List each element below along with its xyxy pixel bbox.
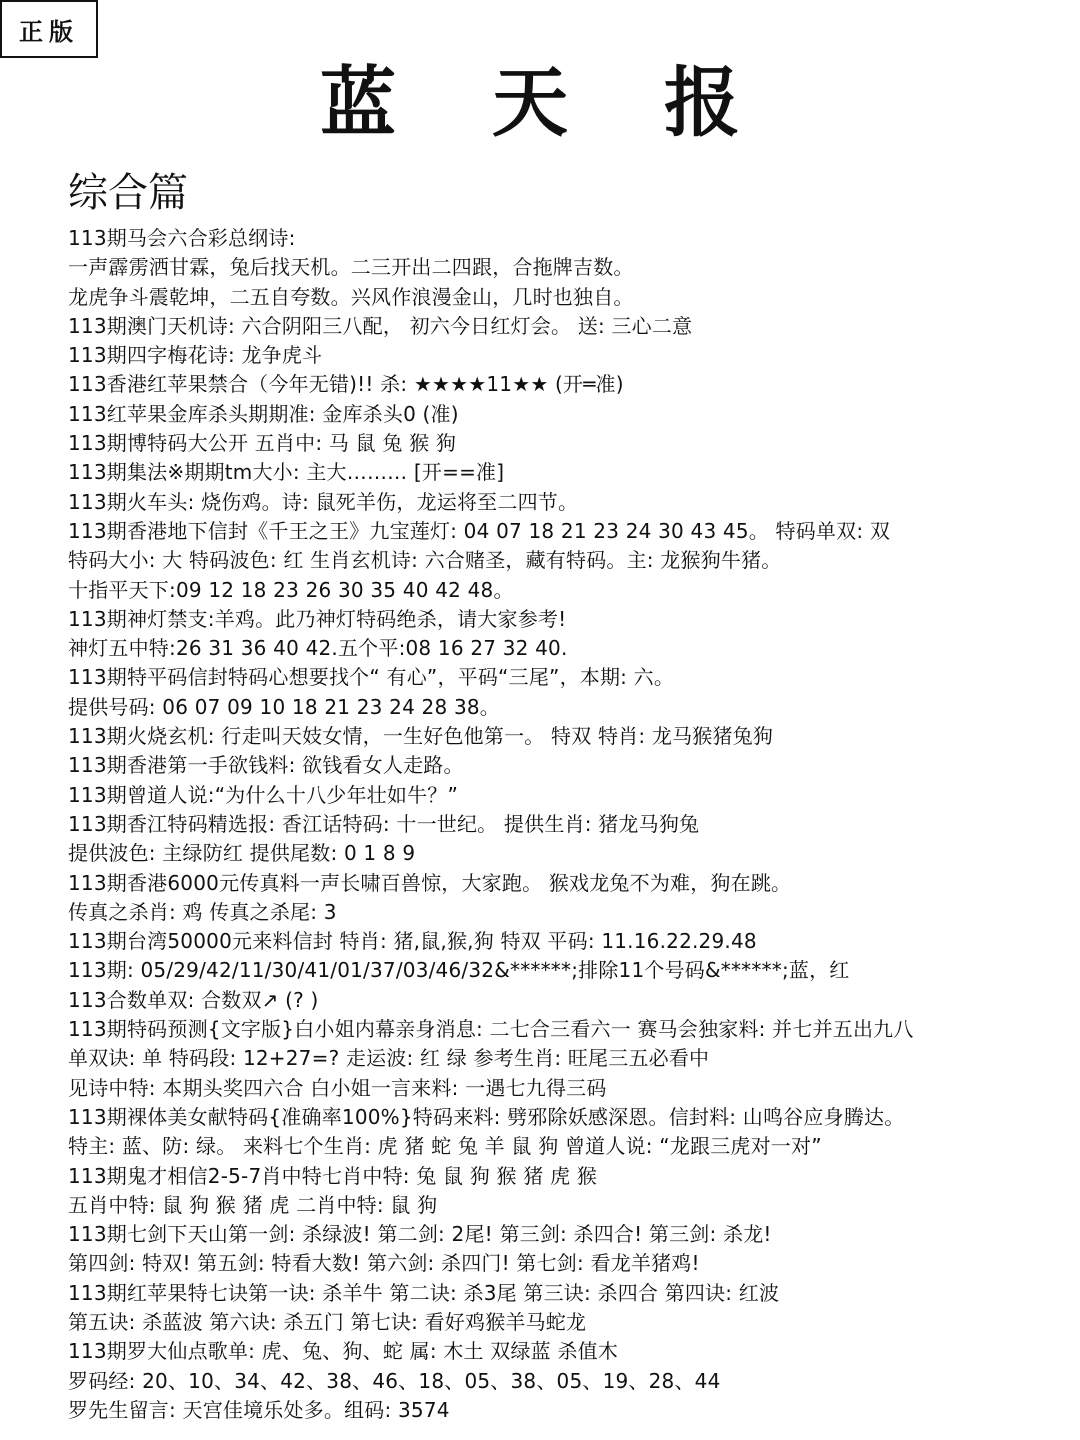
text-line: 113期台湾50000元来料信封 特肖: 猪,鼠,猴,狗 特双 平码: 11.1… bbox=[68, 927, 1068, 956]
text-line: 113期红苹果特七诀第一诀: 杀羊牛 第二诀: 杀3尾 第三诀: 杀四合 第四诀… bbox=[68, 1279, 1068, 1308]
text-line: 特码大小: 大 特码波色: 红 生肖玄机诗: 六合赌圣，藏有特码。主: 龙猴狗牛… bbox=[68, 546, 1068, 575]
section-title: 综合篇 bbox=[68, 168, 188, 218]
text-line: 113期四字梅花诗: 龙争虎斗 bbox=[68, 341, 1068, 370]
text-line: 113期博特码大公开 五肖中: 马 鼠 兔 猴 狗 bbox=[68, 429, 1068, 458]
text-line: 龙虎争斗震乾坤，二五自夸数。兴风作浪漫金山，几时也独自。 bbox=[68, 283, 1068, 312]
text-line: 第五诀: 杀蓝波 第六诀: 杀五门 第七诀: 看好鸡猴羊马蛇龙 bbox=[68, 1308, 1068, 1337]
text-line: 113期马会六合彩总纲诗: bbox=[68, 224, 1068, 253]
text-line: 提供波色: 主绿防红 提供尾数: 0 1 8 9 bbox=[68, 839, 1068, 868]
text-line: 113期曾道人说:“为什么十八少年壮如牛？” bbox=[68, 781, 1068, 810]
text-line: 113期: 05/29/42/11/30/41/01/37/03/46/32&*… bbox=[68, 956, 1068, 985]
text-line: 特主: 蓝、防: 绿。 来料七个生肖: 虎 猪 蛇 兔 羊 鼠 狗 曾道人说: … bbox=[68, 1132, 1068, 1161]
genuine-edition-badge: 正版 bbox=[0, 0, 98, 58]
text-line: 113期特平码信封特码心想要找个“ 有心”，平码“三尾”，本期: 六。 bbox=[68, 663, 1068, 692]
article-body: 113期马会六合彩总纲诗:一声霹雳洒甘霖，兔后找天机。二三开出二四跟，合拖牌吉数… bbox=[68, 224, 1068, 1425]
text-line: 113期特码预测{文字版}白小姐内幕亲身消息: 二七合三看六一 赛马会独家料: … bbox=[68, 1015, 1068, 1044]
text-line: 113期火烧玄机: 行走叫天妓女情，一生好色他第一。 特双 特肖: 龙马猴猪兔狗 bbox=[68, 722, 1068, 751]
text-line: 传真之杀肖: 鸡 传真之杀尾: 3 bbox=[68, 898, 1068, 927]
text-line: 113期火车头: 烧伤鸡。诗: 鼠死羊伤，龙运将至二四节。 bbox=[68, 488, 1068, 517]
text-line: 113期香港第一手欲钱料: 欲钱看女人走路。 bbox=[68, 751, 1068, 780]
text-line: 113期集法※期期tm大小: 主大……… [开==准] bbox=[68, 458, 1068, 487]
text-line: 罗先生留言: 天宫佳境乐处多。组码: 3574 bbox=[68, 1396, 1068, 1425]
masthead-char: 蓝 bbox=[320, 58, 396, 148]
text-line: 113期澳门天机诗: 六合阴阳三八配， 初六今日红灯会。 送: 三心二意 bbox=[68, 312, 1068, 341]
text-line: 113期七剑下天山第一剑: 杀绿波! 第二剑: 2尾! 第三剑: 杀四合! 第三… bbox=[68, 1220, 1068, 1249]
text-line: 单双诀: 单 特码段: 12+27=? 走运波: 红 绿 参考生肖: 旺尾三五必… bbox=[68, 1044, 1068, 1073]
text-line: 第四剑: 特双! 第五剑: 特看大数! 第六剑: 杀四门! 第七剑: 看龙羊猪鸡… bbox=[68, 1249, 1068, 1278]
text-line: 113合数单双: 合数双↗ (? ) bbox=[68, 986, 1068, 1015]
text-line: 提供号码: 06 07 09 10 18 21 23 24 28 38。 bbox=[68, 693, 1068, 722]
text-line: 一声霹雳洒甘霖，兔后找天机。二三开出二四跟，合拖牌吉数。 bbox=[68, 253, 1068, 282]
text-line: 113期罗大仙点歌单: 虎、兔、狗、蛇 属: 木土 双绿蓝 杀值木 bbox=[68, 1337, 1068, 1366]
text-line: 113期香江特码精选报: 香江话特码: 十一世纪。 提供生肖: 猪龙马狗兔 bbox=[68, 810, 1068, 839]
text-line: 113期神灯禁支:羊鸡。此乃神灯特码绝杀，请大家参考! bbox=[68, 605, 1068, 634]
text-line: 罗码经: 20、10、34、42、38、46、18、05、38、05、19、28… bbox=[68, 1367, 1068, 1396]
masthead-char: 天 bbox=[492, 58, 568, 148]
text-line: 十指平天下:09 12 18 23 26 30 35 40 42 48。 bbox=[68, 576, 1068, 605]
text-line: 113期裸体美女献特码{准确率100%}特码来料: 劈邪除妖感深恩。信封料: 山… bbox=[68, 1103, 1068, 1132]
text-line: 113香港红苹果禁合（今年无错)!! 杀: ★★★★11★★ (开═准) bbox=[68, 370, 1068, 399]
text-line: 见诗中特: 本期头奖四六合 白小姐一言来料: 一遇七九得三码 bbox=[68, 1074, 1068, 1103]
text-line: 113期香港地下信封《千王之王》九宝莲灯: 04 07 18 21 23 24 … bbox=[68, 517, 1068, 546]
text-line: 五肖中特: 鼠 狗 猴 猪 虎 二肖中特: 鼠 狗 bbox=[68, 1191, 1068, 1220]
text-line: 113期香港6000元传真料一声长啸百兽惊，大家跑。 猴戏龙兔不为难，狗在跳。 bbox=[68, 869, 1068, 898]
text-line: 113期鬼才相信2-5-7肖中特七肖中特: 兔 鼠 狗 猴 猪 虎 猴 bbox=[68, 1162, 1068, 1191]
masthead-title: 蓝 天 报 bbox=[320, 58, 740, 148]
text-line: 神灯五中特:26 31 36 40 42.五个平:08 16 27 32 40. bbox=[68, 634, 1068, 663]
text-line: 113红苹果金库杀头期期准: 金库杀头0 (准) bbox=[68, 400, 1068, 429]
masthead-char: 报 bbox=[664, 58, 740, 148]
